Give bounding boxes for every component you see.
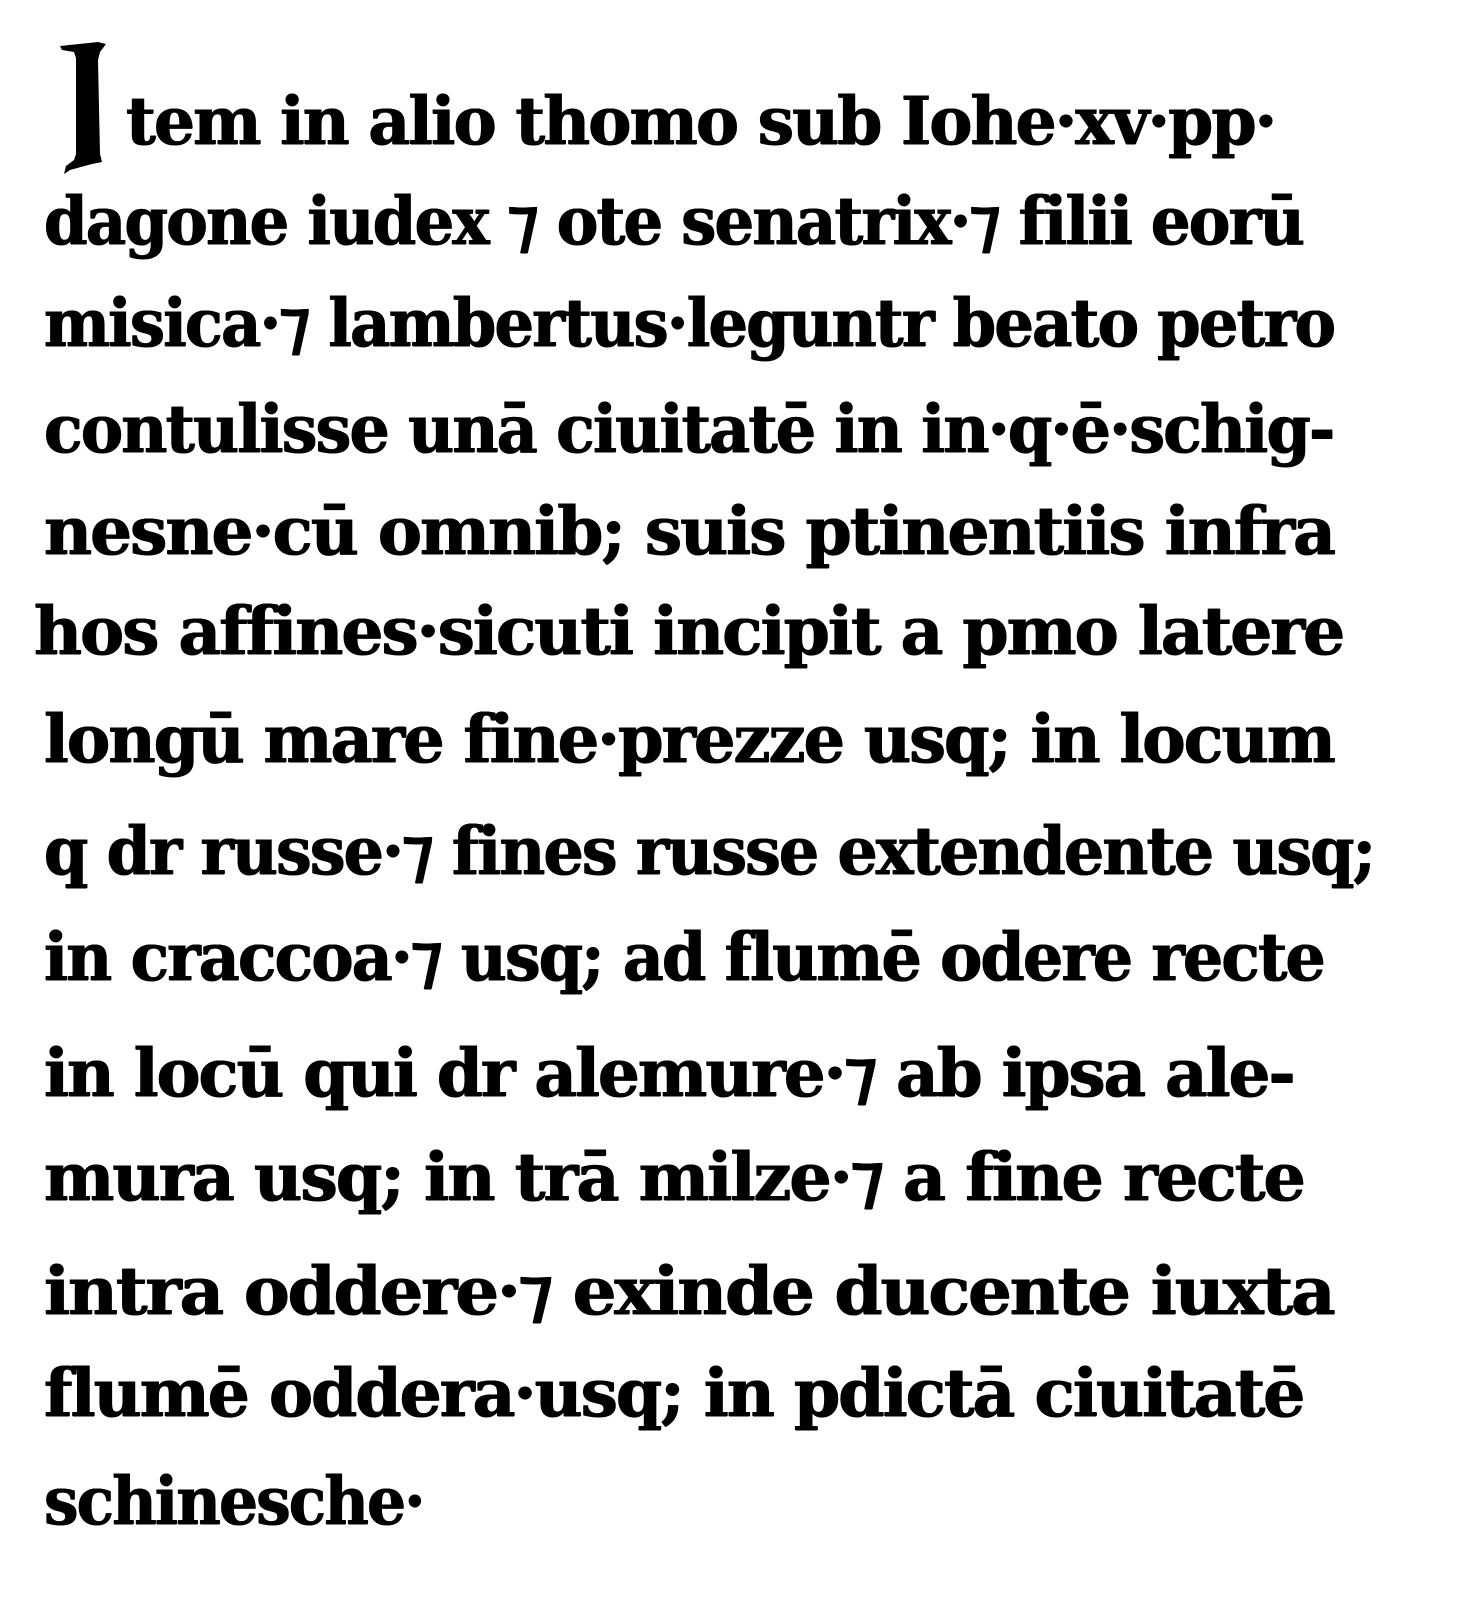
manuscript-line-11: mura usq; in trā milze·⁊ a fine recte	[44, 1144, 1304, 1210]
manuscript-line-7: longū mare fine·prezze usq; in locum	[44, 706, 1334, 772]
manuscript-line-10: in locū qui dr alemure·⁊ ab ipsa ale-	[44, 1040, 1294, 1106]
manuscript-line-9: in craccoa·⁊ usq; ad flumē odere recte	[44, 924, 1324, 990]
manuscript-line-5: nesne·cū omnib; suis ptinentiis infra	[44, 498, 1334, 564]
initial-i-glyph	[40, 36, 124, 176]
manuscript-line-14: schinesche·	[44, 1468, 424, 1534]
manuscript-page: tem in alio thomo sub Iohe·xv·pp· dagone…	[0, 0, 1466, 1600]
manuscript-line-8: q dr russe·⁊ fines russe extendente usq;	[44, 818, 1374, 884]
manuscript-line-13: flumē oddera·usq; in pdictā ciuitatē	[44, 1360, 1303, 1426]
manuscript-line-6: hos affines·sicuti incipit a pmo latere	[34, 598, 1343, 664]
manuscript-line-4: contulisse unā ciuitatē in in·q·ē·schig-	[44, 396, 1333, 462]
manuscript-line-1: tem in alio thomo sub Iohe·xv·pp·	[126, 88, 1275, 154]
manuscript-line-2: dagone iudex ⁊ ote senatrix·⁊ filii eorū	[44, 188, 1303, 254]
decorated-initial-letter-i	[40, 36, 124, 176]
manuscript-line-12: intra oddere·⁊ exinde ducente iuxta	[44, 1258, 1334, 1324]
manuscript-line-3: misica·⁊ lambertus·leguntr beato petro	[44, 290, 1334, 356]
